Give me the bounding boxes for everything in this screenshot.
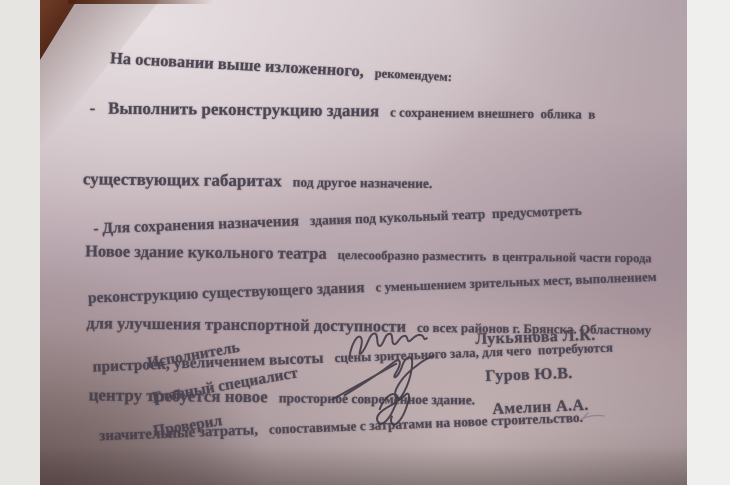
left-matte-bar (0, 0, 40, 485)
table-top-edge (68, 0, 213, 4)
signature-lukyanova-ink (347, 327, 428, 357)
paragraph-line: - Выполнить реконструкцию зданияс сохран… (57, 72, 654, 150)
line-text-right: с уменьшением зрительных мест, выполнени… (375, 269, 657, 295)
line-text-right: здания под кукольный театр предусмотреть (310, 203, 582, 228)
document-photo: На основании выше изложенного,рекомендуе… (40, 0, 687, 485)
line-text-left: существующих габаритах (83, 169, 282, 190)
signature-amelin-ink (374, 392, 413, 427)
line-text-left: реконструкцию существующего здания (88, 279, 365, 307)
line-text-left: - Выполнить реконструкцию здания (90, 98, 380, 120)
line-text-right: с сохранением внешнего облика в (390, 104, 595, 121)
line-text-left: - Для сохранения назначения (93, 213, 299, 238)
signatures-ink-overlay (310, 305, 610, 440)
faint-pen-mark (582, 413, 604, 419)
right-matte-bar (687, 0, 730, 485)
screenshot-frame: На основании выше изложенного,рекомендуе… (0, 0, 730, 485)
